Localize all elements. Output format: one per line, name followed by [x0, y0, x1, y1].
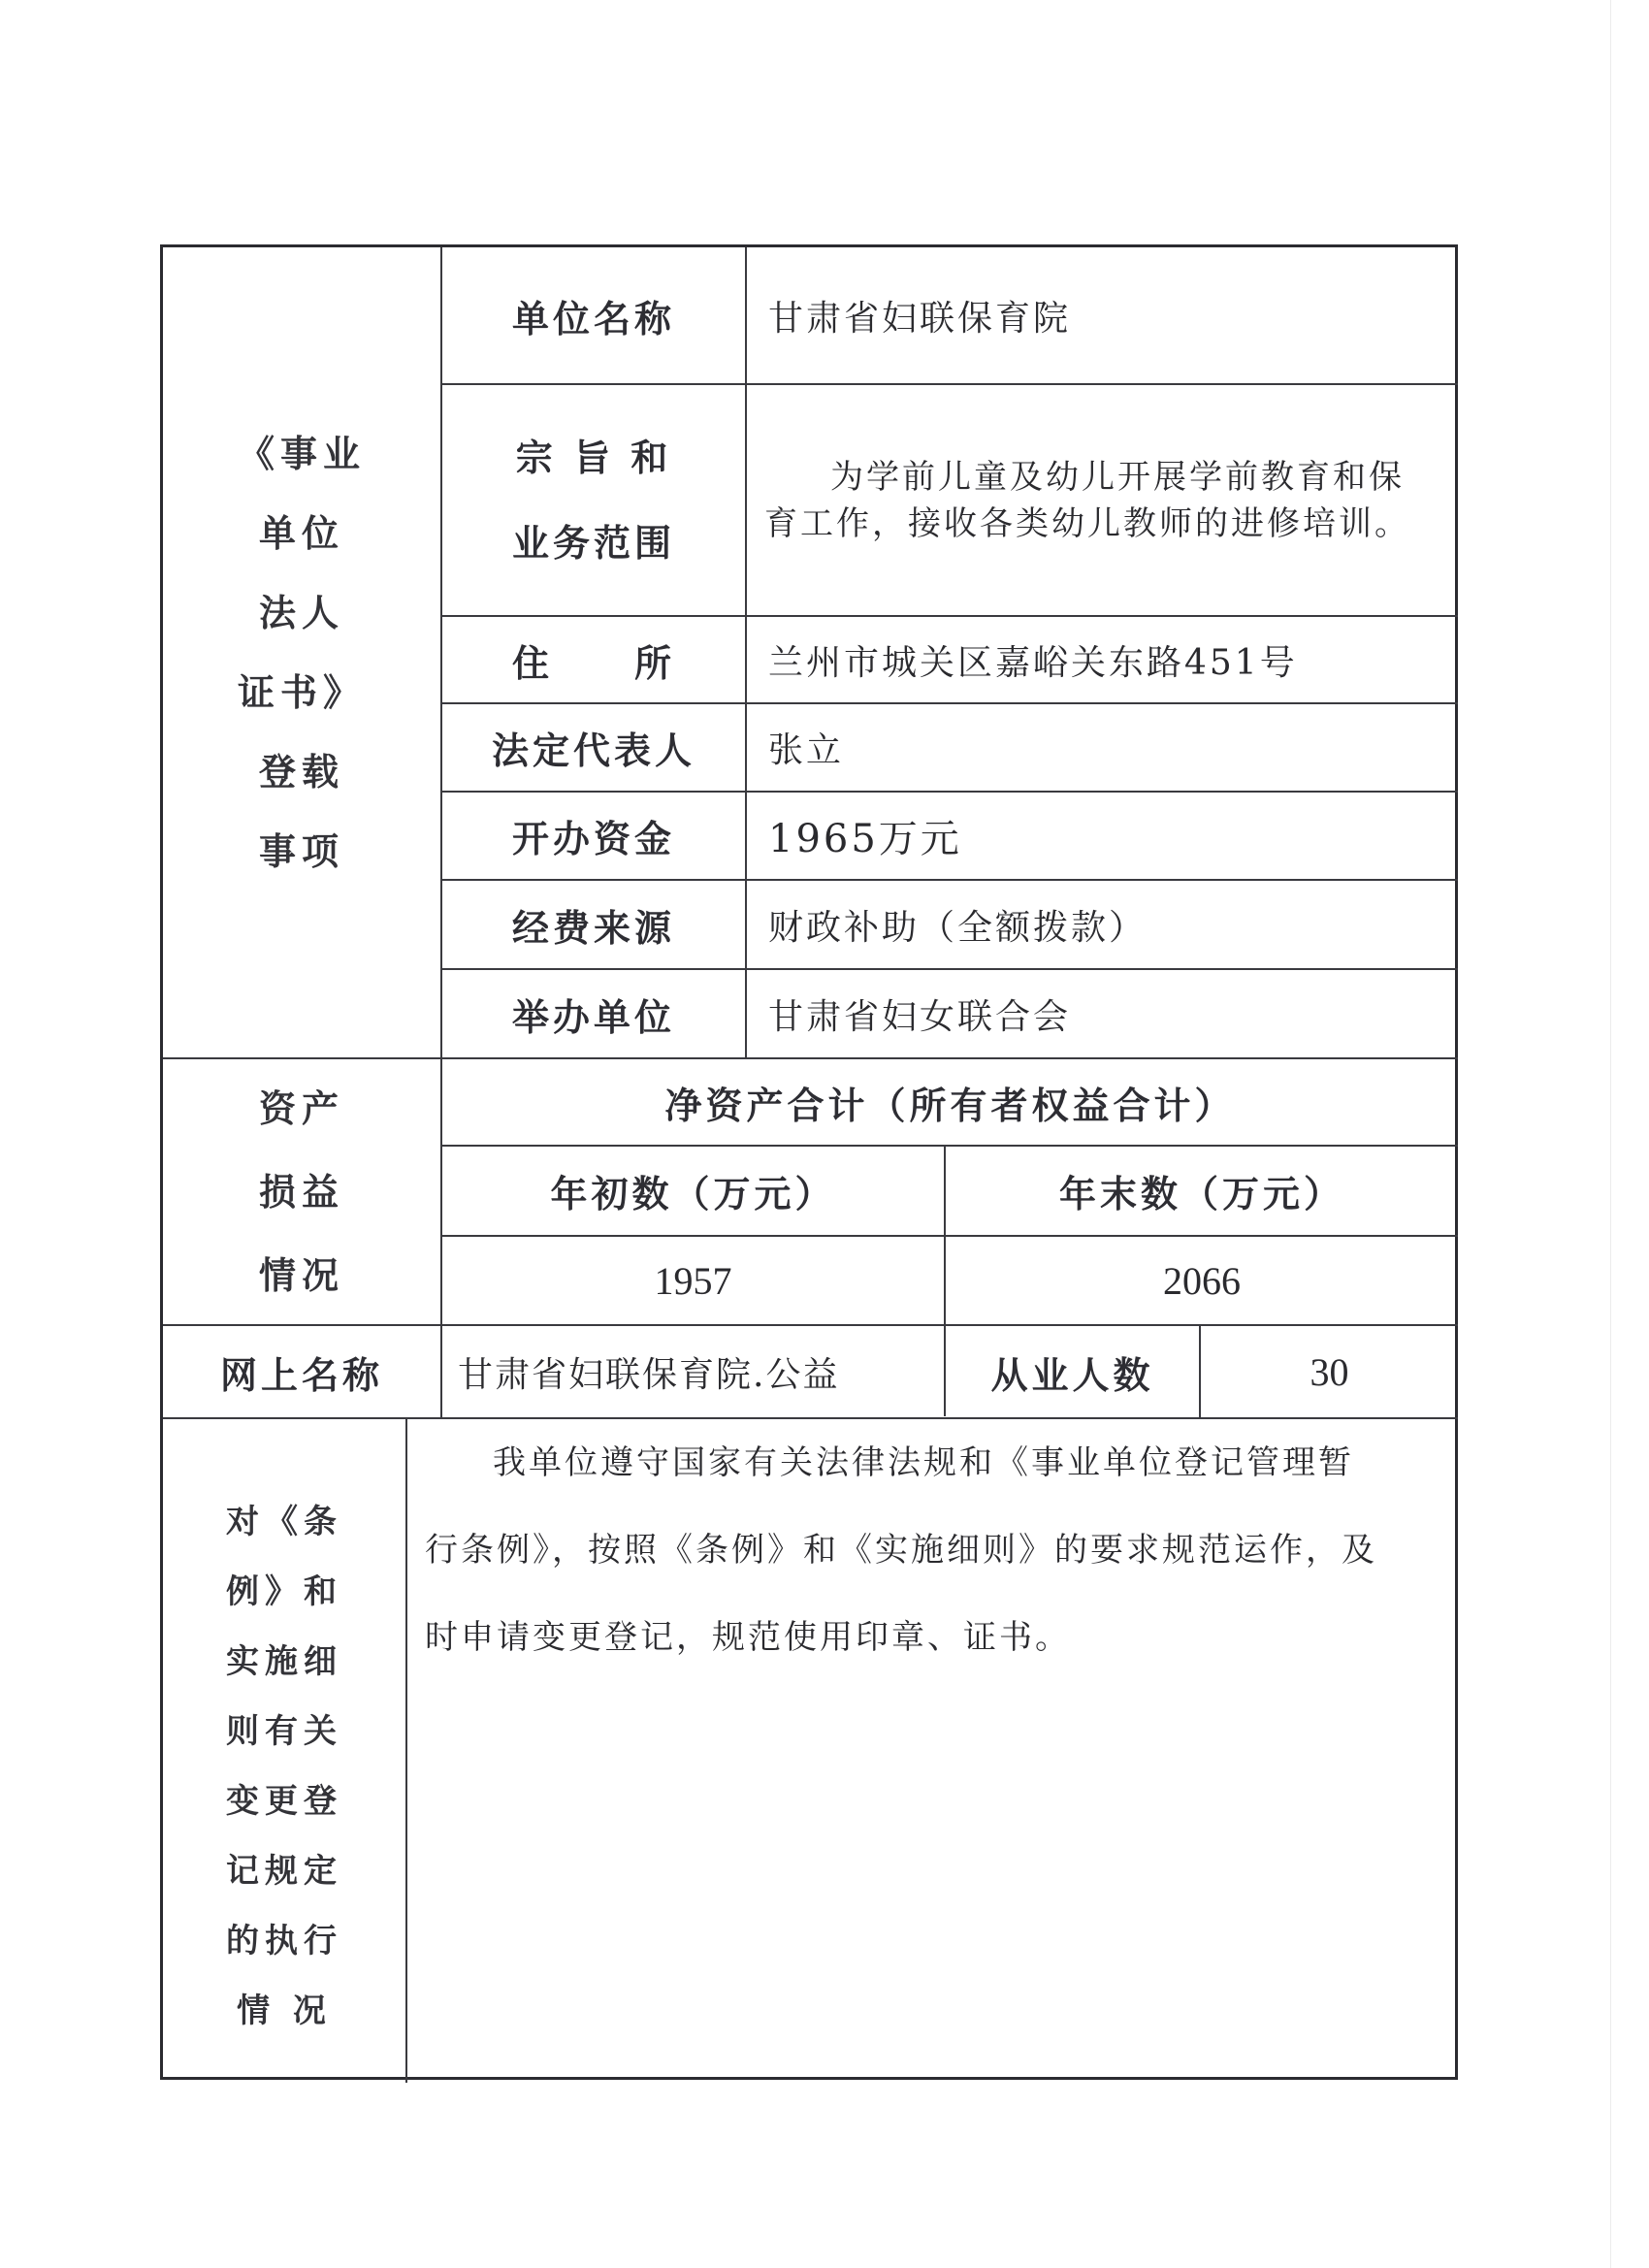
unit-name-value: 甘肃省妇联保育院: [747, 247, 1458, 383]
purpose-line: 为学前儿童及幼儿开展学前教育和保: [764, 454, 1405, 501]
compliance-side-label: 对《条 例》和 实施细 则有关 变更登 记规定 的执行 情 况: [163, 1419, 405, 2079]
unit-name-label: 单位名称: [442, 247, 745, 383]
side-label-line: 例》和: [226, 1557, 342, 1627]
paragraph-line: 我单位遵守国家有关法律法规和《事业单位登记管理暂: [425, 1419, 1354, 1507]
side-label-line: 实施细: [226, 1627, 342, 1697]
capital-label: 开办资金: [442, 793, 745, 879]
paragraph-line: 时申请变更登记，规范使用印章、证书。: [425, 1594, 1071, 1681]
year-start-value: 1957: [442, 1237, 944, 1324]
annual-report-table: 《事业 单位 法人 证书》 登载 事项 单位名称 甘肃省妇联保育院 宗 旨 和 …: [160, 244, 1458, 2080]
purpose-line: 育工作，接收各类幼儿教师的进修培训。: [764, 501, 1410, 547]
side-label-line: 的执行: [226, 1906, 342, 1976]
address-value: 兰州市城关区嘉峪关东路451号: [747, 617, 1458, 702]
side-label-line: 变更登: [226, 1766, 342, 1836]
year-end-value: 2066: [946, 1237, 1458, 1324]
compliance-paragraph: 我单位遵守国家有关法律法规和《事业单位登记管理暂 行条例》，按照《条例》和《实施…: [407, 1419, 1458, 2079]
side-label-line: 则有关: [226, 1697, 342, 1766]
sponsor-label: 举办单位: [442, 970, 745, 1057]
paragraph-line: 行条例》，按照《条例》和《实施细则》的要求规范运作，及: [425, 1507, 1377, 1594]
capital-value: 1965万元: [747, 793, 1458, 879]
online-name-value: 甘肃省妇联保育院.公益: [442, 1326, 944, 1417]
online-name-label: 网上名称: [163, 1326, 440, 1417]
purpose-label: 宗 旨 和 业务范围: [442, 385, 745, 615]
year-end-label: 年末数（万元）: [946, 1147, 1458, 1235]
staff-count-label: 从业人数: [946, 1326, 1199, 1417]
funding-source-label: 经费来源: [442, 881, 745, 968]
side-label-line: 资产: [259, 1067, 344, 1150]
side-label-line: 登载: [259, 732, 344, 812]
staff-count-value: 30: [1201, 1326, 1458, 1417]
side-label-line: 证书》: [238, 653, 366, 732]
purpose-label-line: 业务范围: [512, 501, 675, 586]
funding-source-value: 财政补助（全额拨款）: [747, 881, 1458, 968]
side-label-line: 事项: [259, 812, 344, 891]
side-label-line: 法人: [259, 573, 344, 653]
side-label-line: 对《条: [226, 1487, 342, 1557]
side-label-line: 《事业: [238, 414, 366, 494]
side-label-line: 情 况: [237, 1976, 332, 2046]
side-label-line: 记规定: [226, 1836, 342, 1906]
purpose-label-line: 宗 旨 和: [516, 415, 671, 501]
sponsor-value: 甘肃省妇女联合会: [747, 970, 1458, 1057]
scan-edge: [1610, 0, 1611, 2268]
purpose-value: 为学前儿童及幼儿开展学前教育和保 育工作，接收各类幼儿教师的进修培训。: [747, 385, 1458, 615]
legal-rep-value: 张立: [747, 704, 1458, 791]
side-label-line: 情况: [259, 1234, 344, 1317]
registration-side-label: 《事业 单位 法人 证书》 登载 事项: [163, 247, 440, 1057]
assets-side-label: 资产 损益 情况: [163, 1059, 440, 1324]
net-assets-header: 净资产合计（所有者权益合计）: [442, 1059, 1458, 1145]
side-label-line: 损益: [259, 1150, 344, 1234]
address-label: 住 所: [442, 617, 745, 702]
side-label-line: 单位: [259, 494, 344, 573]
year-start-label: 年初数（万元）: [442, 1147, 944, 1235]
legal-rep-label: 法定代表人: [442, 704, 745, 791]
